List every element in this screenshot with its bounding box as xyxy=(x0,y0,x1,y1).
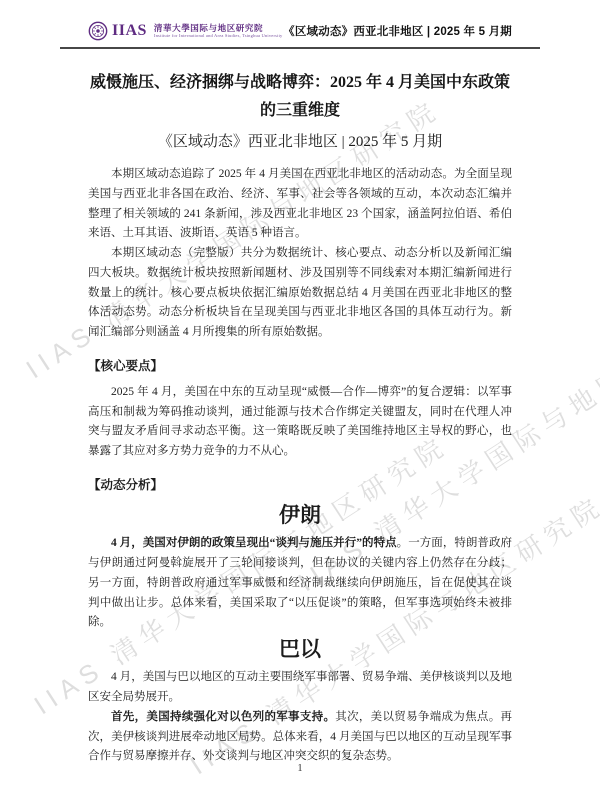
iran-heading: 伊朗 xyxy=(88,502,512,529)
tsinghua-seal-icon xyxy=(88,21,108,41)
logo-acronym: IIAS xyxy=(112,23,147,39)
intro-paragraph-1: 本期区域动态追踪了 2025 年 4 月美国在西亚北非地区的活动动态。为全面呈现… xyxy=(88,165,512,244)
analysis-heading: 【动态分析】 xyxy=(88,475,512,493)
pal-lead-bold: 首先，美国持续强化对以色列的军事支持。 xyxy=(111,711,335,723)
logo-name-en: Institute for International and Area Stu… xyxy=(154,33,283,38)
core-points-paragraph: 2025 年 4 月，美国在中东的互动呈现“威慑—合作—博弈”的复合逻辑：以军事… xyxy=(88,383,512,462)
palestine-israel-paragraph-1: 4 月，美国与巴以地区的互动主要围绕军事部署、贸易争端、美伊核谈判以及地区安全局… xyxy=(88,668,512,708)
palestine-israel-paragraph-2: 首先，美国持续强化对以色列的军事支持。其次，美以贸易争端成为焦点。再次，美伊核谈… xyxy=(88,708,512,767)
document-page: IIAS 清华大学国际与地区研究院 IIAS 清华大学国际与地区研究院 IIAS… xyxy=(0,0,600,800)
article-subtitle: 《区域动态》西亚北非地区 | 2025 年 5 月期 xyxy=(88,130,512,151)
iran-body-text: 。一方面，特朗普政府与伊朗通过阿曼斡旋展开了三轮间接谈判，但在协议的关键内容上仍… xyxy=(88,537,512,628)
article: 威慑施压、经济捆绑与战略博弈：2025 年 4 月美国中东政策的三重维度 《区域… xyxy=(88,69,512,767)
page-number: 1 xyxy=(0,763,600,774)
page-header: IIAS 清華大學国际与地区研究院 Institute for Internat… xyxy=(60,21,540,49)
org-logo: IIAS 清華大學国际与地区研究院 Institute for Internat… xyxy=(88,21,283,41)
iran-lead-bold: 4 月，美国对伊朗的政策呈现出“谈判与施压并行”的特点 xyxy=(111,537,397,549)
article-title: 威慑施压、经济捆绑与战略博弈：2025 年 4 月美国中东政策的三重维度 xyxy=(88,69,512,124)
header-issue-info: 《区域动态》西亚北非地区 | 2025 年 5 月期 xyxy=(283,23,512,39)
intro-paragraph-2: 本期区域动态（完整版）共分为数据统计、核心要点、动态分析以及新闻汇编四大板块。数… xyxy=(88,244,512,343)
iran-paragraph: 4 月，美国对伊朗的政策呈现出“谈判与施压并行”的特点。一方面，特朗普政府与伊朗… xyxy=(88,534,512,633)
palestine-israel-heading: 巴以 xyxy=(88,636,512,663)
core-points-heading: 【核心要点】 xyxy=(88,356,512,374)
logo-name-cn: 清華大學国际与地区研究院 xyxy=(154,24,283,34)
